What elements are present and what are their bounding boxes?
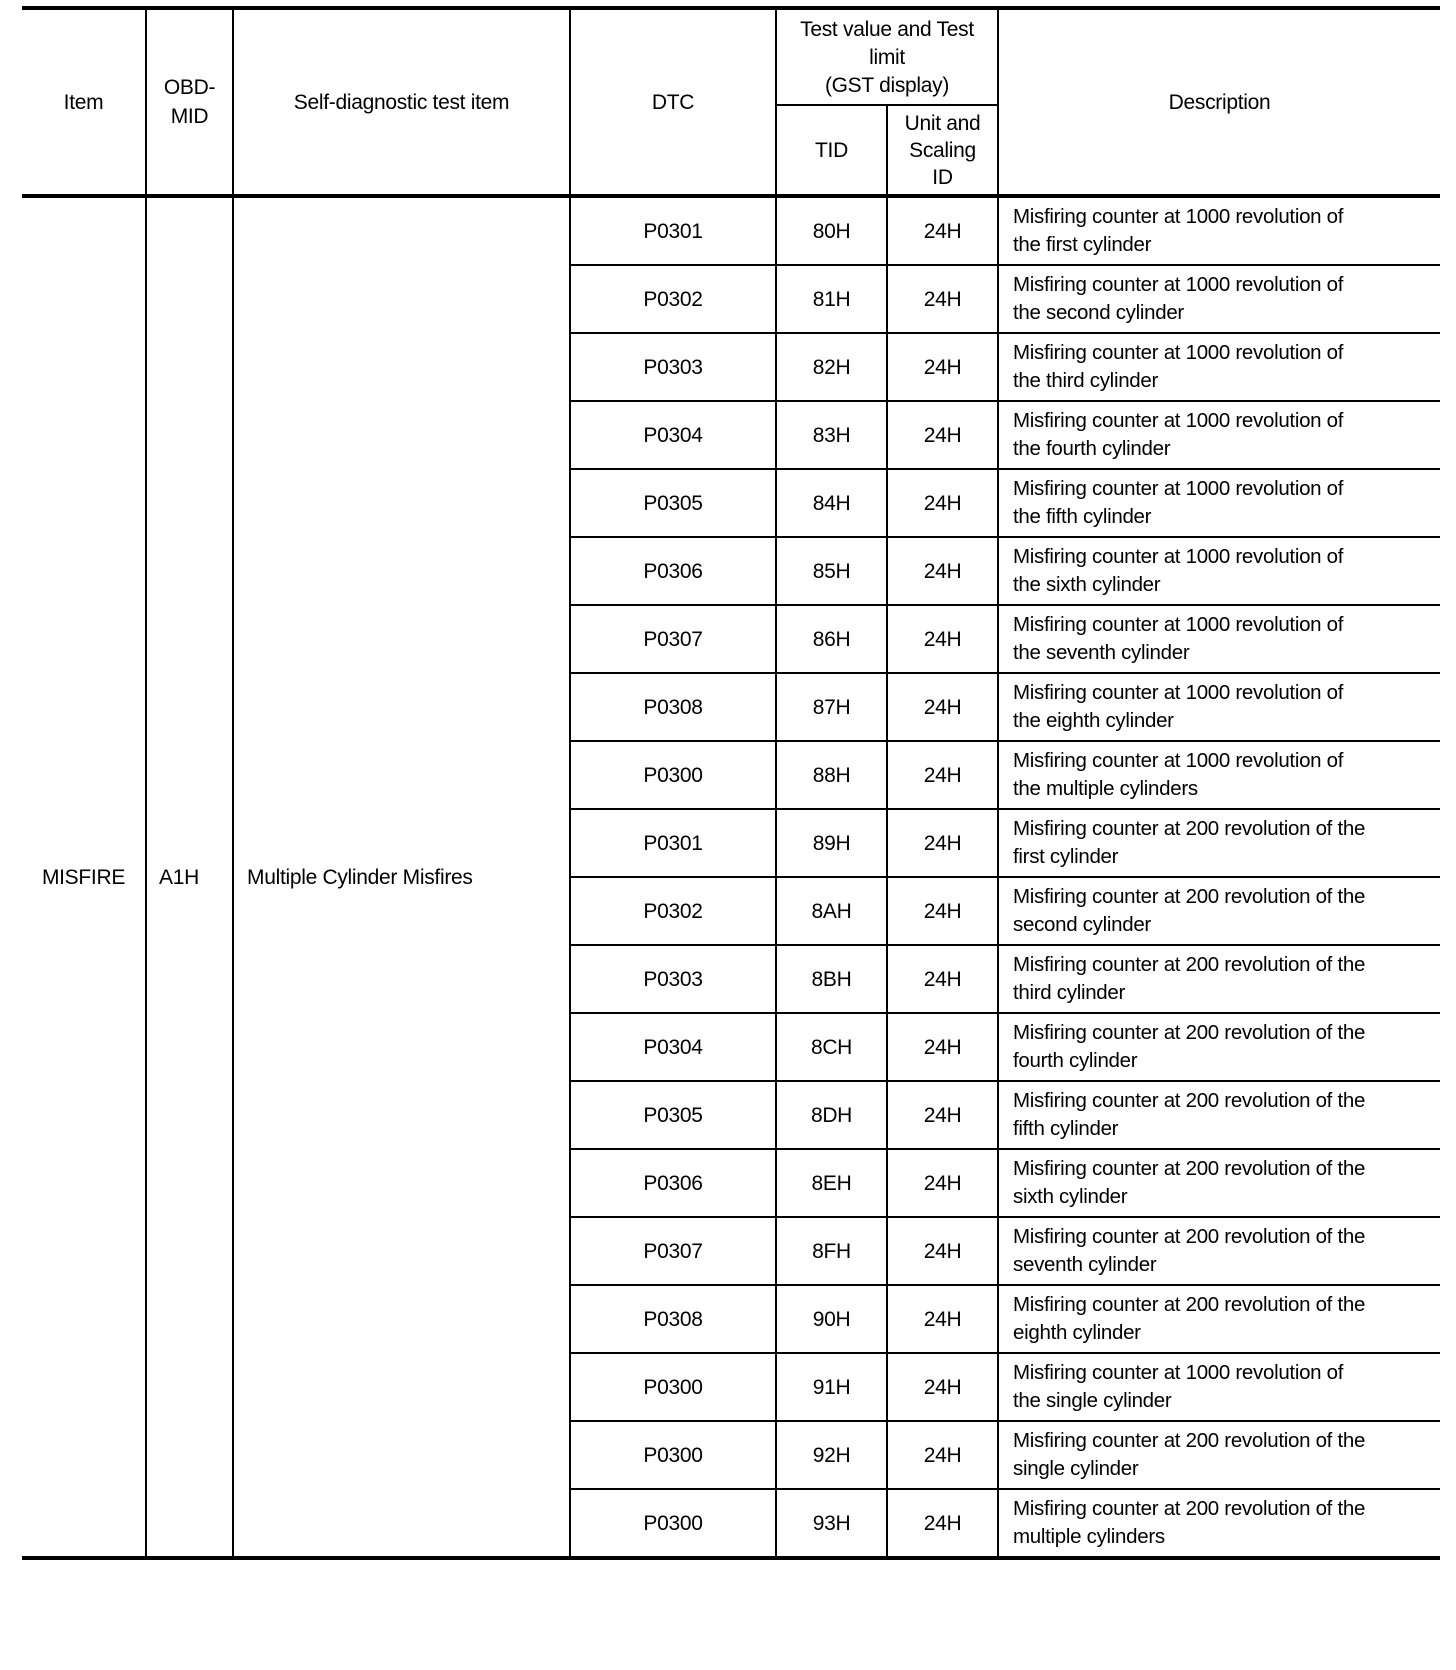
unit-scaling-cell: 24H xyxy=(887,1489,998,1558)
description-line1: Misfiring counter at 200 revolution of t… xyxy=(1013,1021,1365,1044)
tid-cell: 8FH xyxy=(776,1217,887,1285)
description-line1: Misfiring counter at 200 revolution of t… xyxy=(1013,817,1365,840)
header-unit-line3: ID xyxy=(932,166,952,189)
description-line2: the first cylinder xyxy=(1013,233,1151,256)
dtc-cell: P0303 xyxy=(570,945,776,1013)
unit-scaling-cell: 24H xyxy=(887,333,998,401)
item-cell: MISFIRE xyxy=(22,196,146,1558)
description-line1: Misfiring counter at 1000 revolution of xyxy=(1013,1361,1343,1384)
unit-scaling-cell: 24H xyxy=(887,741,998,809)
dtc-cell: P0302 xyxy=(570,265,776,333)
description-line1: Misfiring counter at 1000 revolution of xyxy=(1013,613,1343,636)
description-cell: Misfiring counter at 200 revolution of t… xyxy=(998,1489,1440,1558)
tid-cell: 89H xyxy=(776,809,887,877)
dtc-cell: P0302 xyxy=(570,877,776,945)
description-cell: Misfiring counter at 200 revolution of t… xyxy=(998,809,1440,877)
tid-cell: 8DH xyxy=(776,1081,887,1149)
unit-scaling-cell: 24H xyxy=(887,196,998,265)
header-test-value-line2: limit xyxy=(869,46,905,69)
description-line1: Misfiring counter at 1000 revolution of xyxy=(1013,409,1343,432)
dtc-cell: P0305 xyxy=(570,1081,776,1149)
description-line1: Misfiring counter at 1000 revolution of xyxy=(1013,749,1343,772)
unit-scaling-cell: 24H xyxy=(887,605,998,673)
description-cell: Misfiring counter at 1000 revolution oft… xyxy=(998,401,1440,469)
unit-scaling-cell: 24H xyxy=(887,877,998,945)
description-line2: single cylinder xyxy=(1013,1457,1138,1480)
description-line1: Misfiring counter at 200 revolution of t… xyxy=(1013,1293,1365,1316)
header-test-value-line3: (GST display) xyxy=(825,74,949,97)
header-obd-mid: OBD- MID xyxy=(146,8,233,196)
description-line2: sixth cylinder xyxy=(1013,1185,1127,1208)
dtc-cell: P0306 xyxy=(570,1149,776,1217)
unit-scaling-cell: 24H xyxy=(887,809,998,877)
header-unit-line1: Unit and xyxy=(905,112,981,135)
tid-cell: 80H xyxy=(776,196,887,265)
description-line2: the third cylinder xyxy=(1013,369,1158,392)
tid-cell: 91H xyxy=(776,1353,887,1421)
description-line1: Misfiring counter at 200 revolution of t… xyxy=(1013,885,1365,908)
header-item: Item xyxy=(22,8,146,196)
description-line1: Misfiring counter at 200 revolution of t… xyxy=(1013,1157,1365,1180)
description-line2: the seventh cylinder xyxy=(1013,641,1189,664)
tid-cell: 88H xyxy=(776,741,887,809)
dtc-cell: P0304 xyxy=(570,1013,776,1081)
dtc-cell: P0305 xyxy=(570,469,776,537)
description-cell: Misfiring counter at 200 revolution of t… xyxy=(998,1217,1440,1285)
dtc-cell: P0308 xyxy=(570,673,776,741)
description-line2: multiple cylinders xyxy=(1013,1525,1165,1548)
dtc-cell: P0306 xyxy=(570,537,776,605)
header-self-diagnostic-test-item: Self-diagnostic test item xyxy=(233,8,570,196)
description-cell: Misfiring counter at 1000 revolution oft… xyxy=(998,333,1440,401)
description-line1: Misfiring counter at 1000 revolution of xyxy=(1013,341,1343,364)
header-unit-scaling-id: Unit and Scaling ID xyxy=(887,105,998,196)
unit-scaling-cell: 24H xyxy=(887,265,998,333)
description-line1: Misfiring counter at 200 revolution of t… xyxy=(1013,1429,1365,1452)
unit-scaling-cell: 24H xyxy=(887,1217,998,1285)
description-line1: Misfiring counter at 200 revolution of t… xyxy=(1013,1225,1365,1248)
header-dtc: DTC xyxy=(570,8,776,196)
description-line2: first cylinder xyxy=(1013,845,1118,868)
description-line2: the multiple cylinders xyxy=(1013,777,1198,800)
description-line2: fourth cylinder xyxy=(1013,1049,1137,1072)
dtc-cell: P0300 xyxy=(570,1421,776,1489)
unit-scaling-cell: 24H xyxy=(887,469,998,537)
dtc-cell: P0300 xyxy=(570,741,776,809)
dtc-cell: P0307 xyxy=(570,1217,776,1285)
description-cell: Misfiring counter at 200 revolution of t… xyxy=(998,1421,1440,1489)
header-obd-mid-line1: OBD- xyxy=(164,76,215,99)
description-line1: Misfiring counter at 1000 revolution of xyxy=(1013,545,1343,568)
unit-scaling-cell: 24H xyxy=(887,1421,998,1489)
description-line2: the sixth cylinder xyxy=(1013,573,1160,596)
description-cell: Misfiring counter at 200 revolution of t… xyxy=(998,1285,1440,1353)
header-unit-line2: Scaling xyxy=(909,139,976,162)
unit-scaling-cell: 24H xyxy=(887,1013,998,1081)
description-cell: Misfiring counter at 1000 revolution oft… xyxy=(998,1353,1440,1421)
dtc-cell: P0308 xyxy=(570,1285,776,1353)
description-line1: Misfiring counter at 200 revolution of t… xyxy=(1013,1497,1365,1520)
dtc-cell: P0304 xyxy=(570,401,776,469)
tid-cell: 85H xyxy=(776,537,887,605)
tid-cell: 87H xyxy=(776,673,887,741)
tid-cell: 93H xyxy=(776,1489,887,1558)
dtc-cell: P0301 xyxy=(570,809,776,877)
description-cell: Misfiring counter at 1000 revolution oft… xyxy=(998,265,1440,333)
tid-cell: 81H xyxy=(776,265,887,333)
header-tid: TID xyxy=(776,105,887,196)
tid-cell: 8AH xyxy=(776,877,887,945)
unit-scaling-cell: 24H xyxy=(887,945,998,1013)
tid-cell: 92H xyxy=(776,1421,887,1489)
tid-cell: 82H xyxy=(776,333,887,401)
dtc-cell: P0300 xyxy=(570,1353,776,1421)
obd-mid-cell: A1H xyxy=(146,196,233,1558)
tid-cell: 83H xyxy=(776,401,887,469)
description-line1: Misfiring counter at 200 revolution of t… xyxy=(1013,1089,1365,1112)
description-line1: Misfiring counter at 1000 revolution of xyxy=(1013,205,1343,228)
dtc-cell: P0301 xyxy=(570,196,776,265)
dtc-cell: P0307 xyxy=(570,605,776,673)
unit-scaling-cell: 24H xyxy=(887,401,998,469)
description-line2: the second cylinder xyxy=(1013,301,1184,324)
tid-cell: 84H xyxy=(776,469,887,537)
description-cell: Misfiring counter at 1000 revolution oft… xyxy=(998,741,1440,809)
dtc-cell: P0303 xyxy=(570,333,776,401)
misfire-obd-table: Item OBD- MID Self-diagnostic test item … xyxy=(22,6,1440,1560)
table-row: MISFIREA1HMultiple Cylinder MisfiresP030… xyxy=(22,196,1440,265)
description-line2: second cylinder xyxy=(1013,913,1151,936)
description-line2: seventh cylinder xyxy=(1013,1253,1156,1276)
description-line2: the eighth cylinder xyxy=(1013,709,1174,732)
description-line1: Misfiring counter at 1000 revolution of xyxy=(1013,273,1343,296)
description-cell: Misfiring counter at 200 revolution of t… xyxy=(998,1081,1440,1149)
description-cell: Misfiring counter at 1000 revolution oft… xyxy=(998,196,1440,265)
description-line2: the fifth cylinder xyxy=(1013,505,1151,528)
description-cell: Misfiring counter at 200 revolution of t… xyxy=(998,877,1440,945)
unit-scaling-cell: 24H xyxy=(887,1285,998,1353)
description-line2: fifth cylinder xyxy=(1013,1117,1118,1140)
description-cell: Misfiring counter at 1000 revolution oft… xyxy=(998,673,1440,741)
unit-scaling-cell: 24H xyxy=(887,1353,998,1421)
header-test-value-group: Test value and Test limit (GST display) xyxy=(776,8,998,105)
tid-cell: 8EH xyxy=(776,1149,887,1217)
unit-scaling-cell: 24H xyxy=(887,673,998,741)
description-line1: Misfiring counter at 1000 revolution of xyxy=(1013,477,1343,500)
unit-scaling-cell: 24H xyxy=(887,1149,998,1217)
description-line1: Misfiring counter at 200 revolution of t… xyxy=(1013,953,1365,976)
description-cell: Misfiring counter at 1000 revolution oft… xyxy=(998,605,1440,673)
description-cell: Misfiring counter at 1000 revolution oft… xyxy=(998,537,1440,605)
header-obd-mid-line2: MID xyxy=(171,105,209,128)
table-header: Item OBD- MID Self-diagnostic test item … xyxy=(22,8,1440,196)
description-cell: Misfiring counter at 200 revolution of t… xyxy=(998,945,1440,1013)
description-line2: the single cylinder xyxy=(1013,1389,1171,1412)
unit-scaling-cell: 24H xyxy=(887,1081,998,1149)
header-test-value-line1: Test value and Test xyxy=(800,18,974,41)
tid-cell: 8BH xyxy=(776,945,887,1013)
tid-cell: 86H xyxy=(776,605,887,673)
self-diagnostic-test-item-cell: Multiple Cylinder Misfires xyxy=(233,196,570,1558)
tid-cell: 90H xyxy=(776,1285,887,1353)
header-description: Description xyxy=(998,8,1440,196)
description-line2: the fourth cylinder xyxy=(1013,437,1170,460)
unit-scaling-cell: 24H xyxy=(887,537,998,605)
description-cell: Misfiring counter at 200 revolution of t… xyxy=(998,1149,1440,1217)
dtc-cell: P0300 xyxy=(570,1489,776,1558)
description-cell: Misfiring counter at 200 revolution of t… xyxy=(998,1013,1440,1081)
description-line2: eighth cylinder xyxy=(1013,1321,1141,1344)
table-body: MISFIREA1HMultiple Cylinder MisfiresP030… xyxy=(22,196,1440,1558)
description-cell: Misfiring counter at 1000 revolution oft… xyxy=(998,469,1440,537)
tid-cell: 8CH xyxy=(776,1013,887,1081)
description-line2: third cylinder xyxy=(1013,981,1125,1004)
description-line1: Misfiring counter at 1000 revolution of xyxy=(1013,681,1343,704)
